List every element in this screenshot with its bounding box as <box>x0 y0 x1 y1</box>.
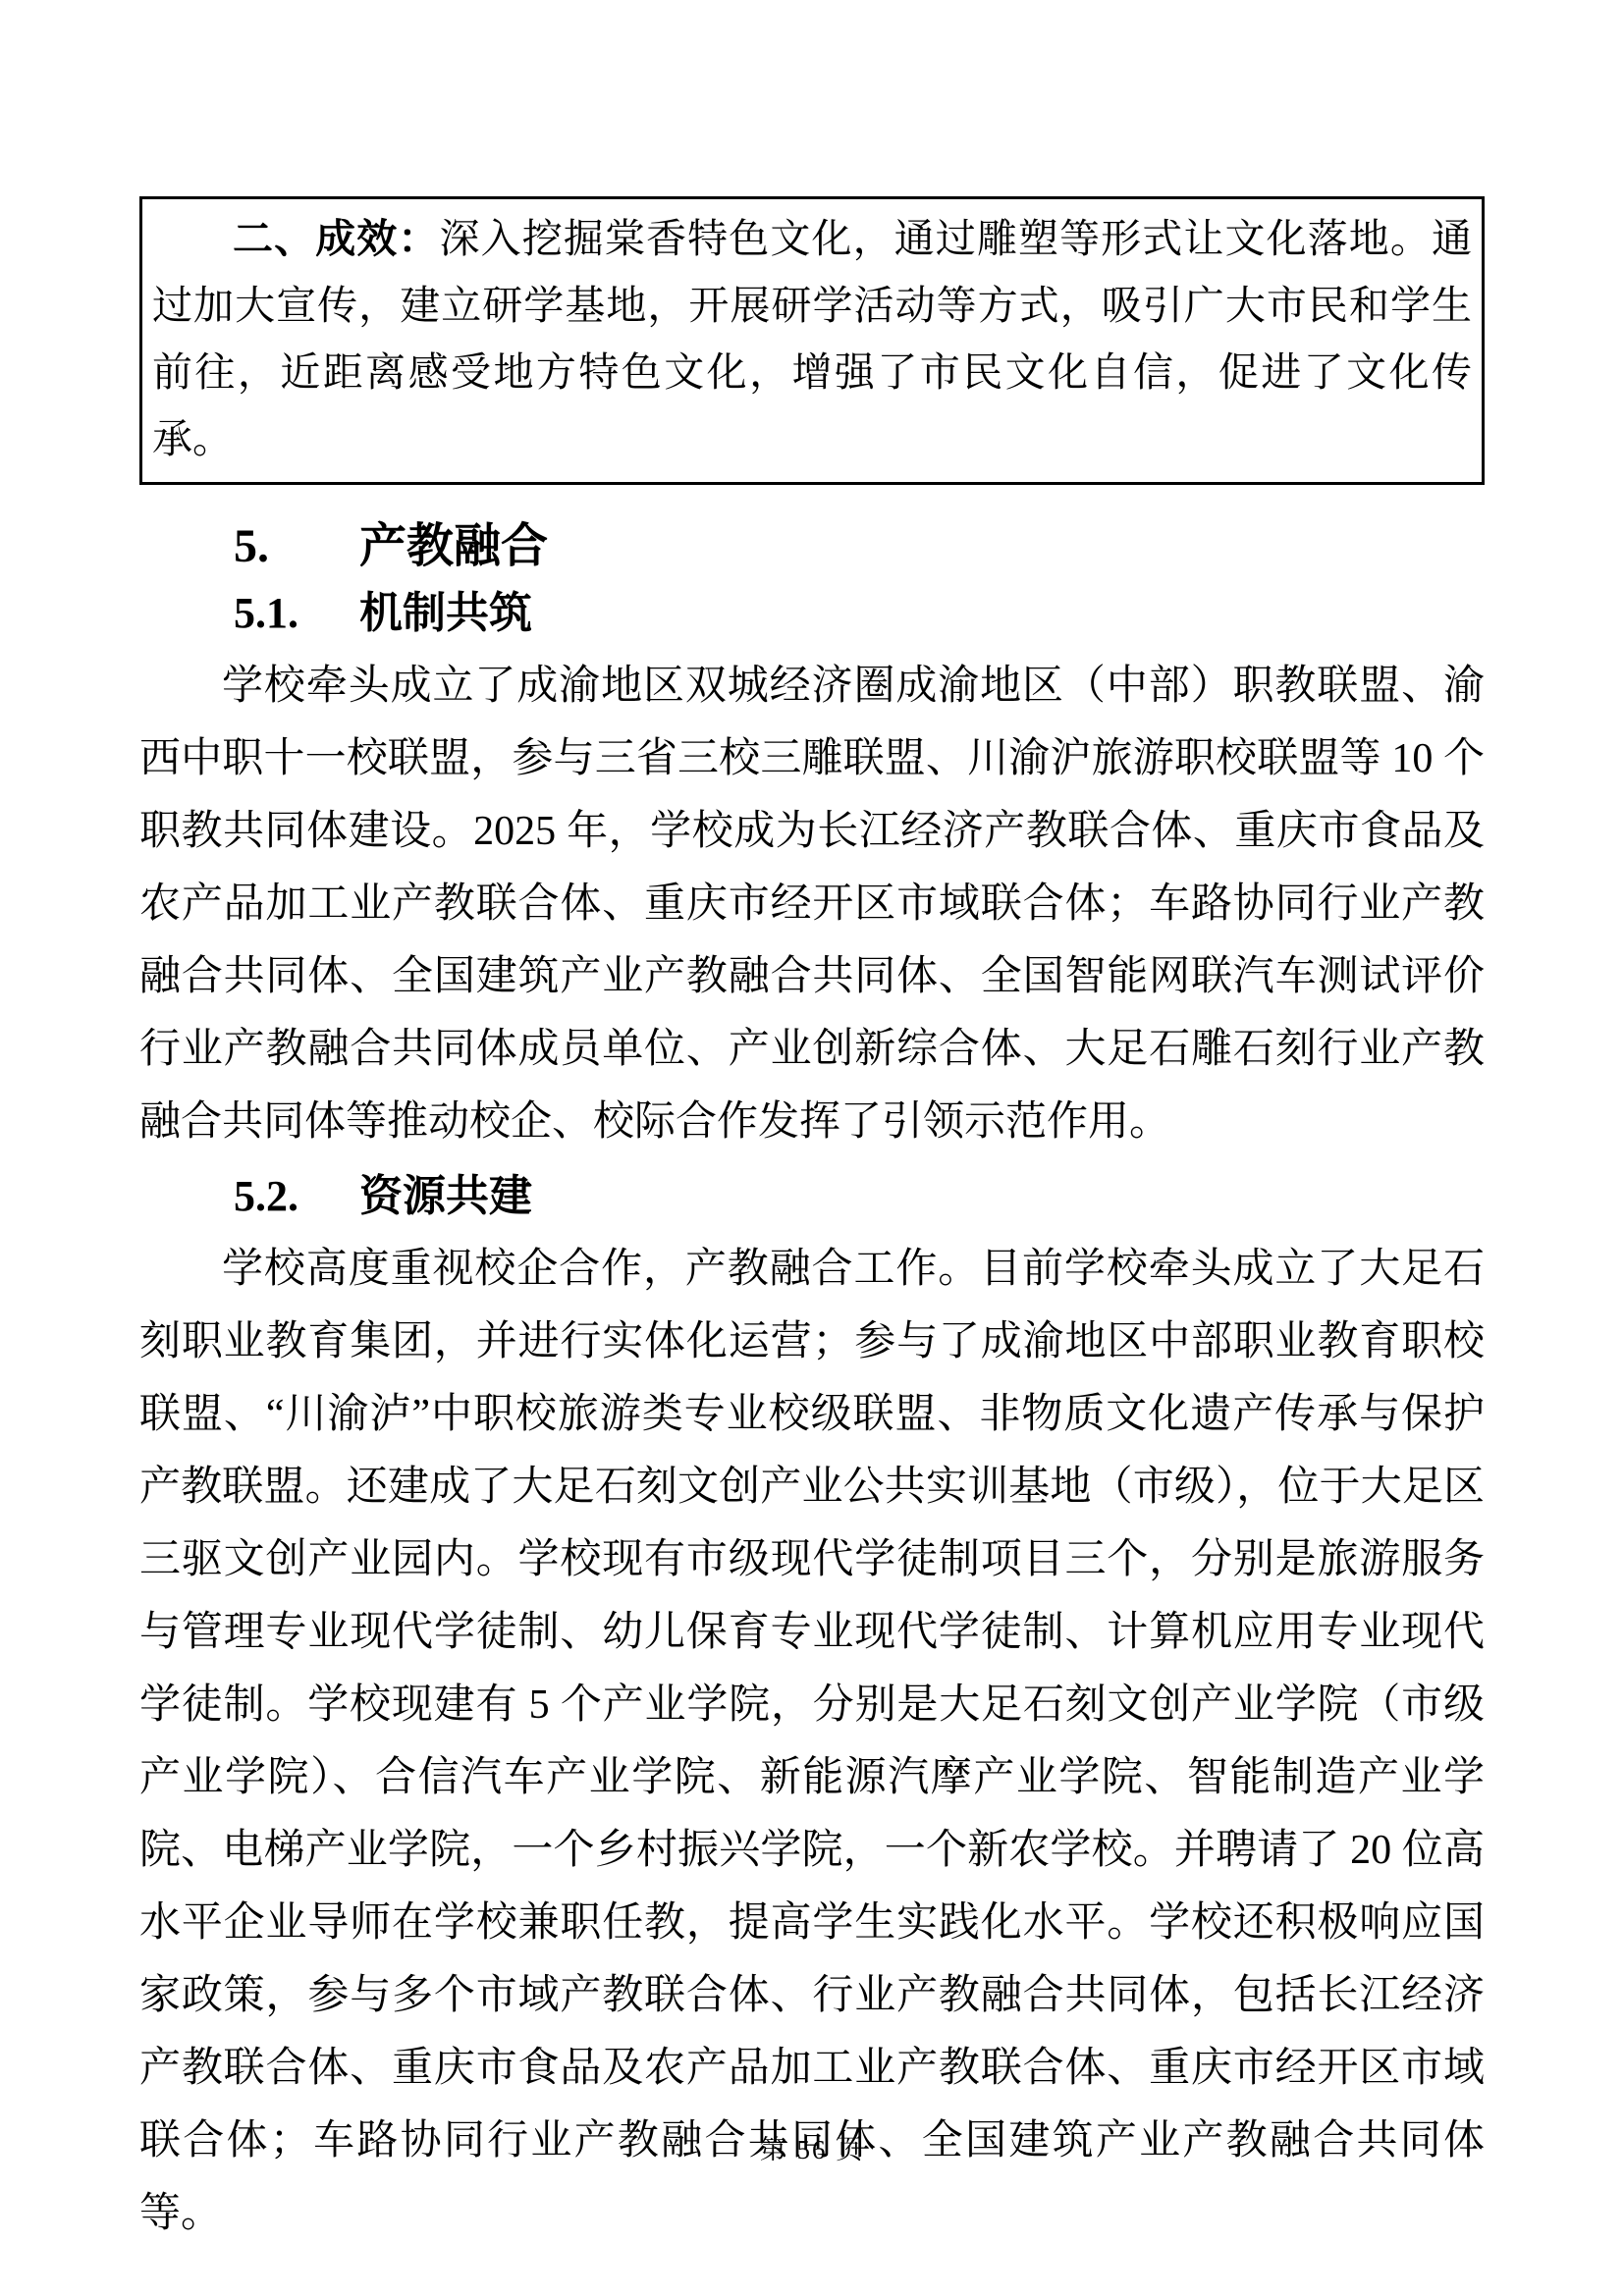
heading-number: 5.1. <box>234 587 359 640</box>
paragraph-5-2: 学校高度重视校企合作，产教融合工作。目前学校牵头成立了大足石刻职业教育集团，并进… <box>139 1233 1485 2250</box>
heading-title: 产教融合 <box>359 520 548 572</box>
heading-title: 资源共建 <box>359 1172 532 1220</box>
heading-number: 5. <box>234 518 359 575</box>
paragraph-5-1: 学校牵头成立了成渝地区双城经济圈成渝地区（中部）职教联盟、渝西中职十一校联盟，参… <box>139 650 1485 1158</box>
page-content: 二、成效：深入挖掘棠香特色文化，通过雕塑等形式让文化落地。通过加大宣传，建立研学… <box>0 0 1624 2250</box>
summary-box: 二、成效：深入挖掘棠香特色文化，通过雕塑等形式让文化落地。通过加大宣传，建立研学… <box>139 196 1485 485</box>
section-heading-5: 5.产教融合 <box>234 518 1485 575</box>
page-footer: 第 56 页 <box>0 2128 1624 2166</box>
document-page: 二、成效：深入挖掘棠香特色文化，通过雕塑等形式让文化落地。通过加大宣传，建立研学… <box>0 0 1624 2296</box>
heading-title: 机制共筑 <box>359 589 532 637</box>
subsection-heading-5-1: 5.1.机制共筑 <box>234 587 1485 640</box>
subsection-heading-5-2: 5.2.资源共建 <box>234 1170 1485 1223</box>
heading-number: 5.2. <box>234 1170 359 1223</box>
page-number: 第 56 页 <box>760 2135 865 2164</box>
summary-lead: 二、成效： <box>233 216 440 261</box>
